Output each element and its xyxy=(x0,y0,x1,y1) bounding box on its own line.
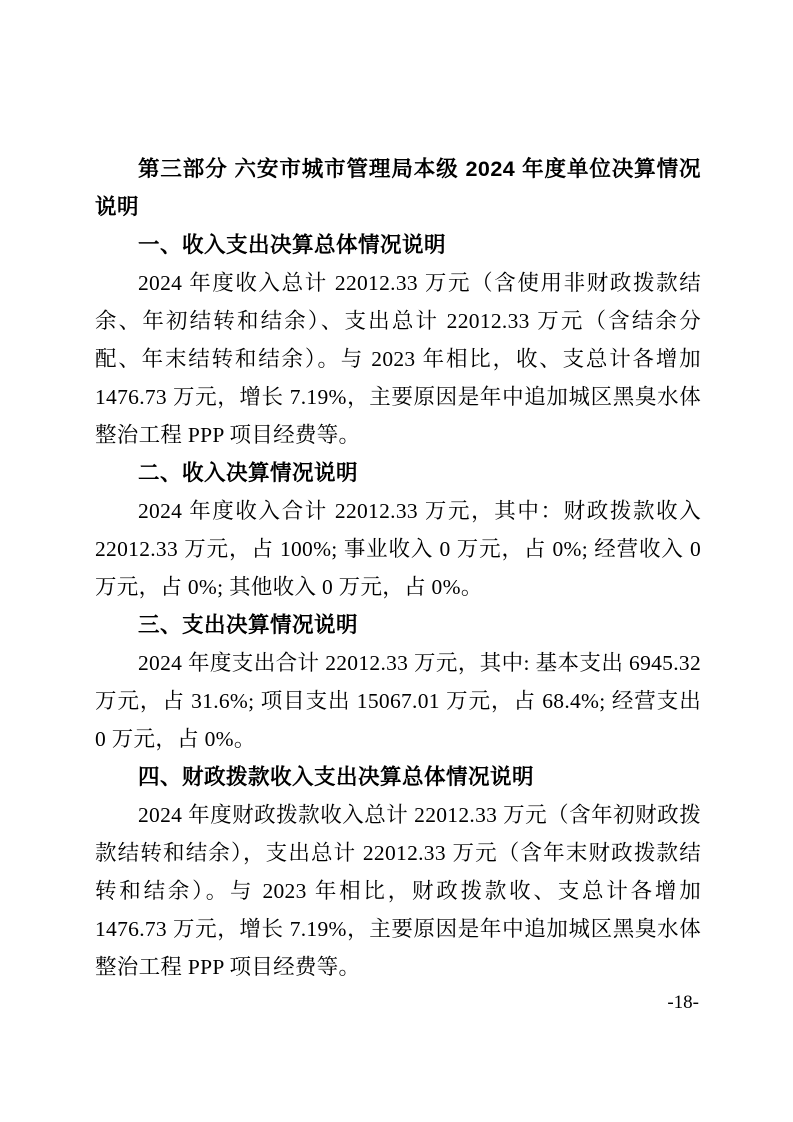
section-income-expenditure-overview: 一、收入支出决算总体情况说明 2024 年度收入总计 22012.33 万元（含… xyxy=(95,226,701,454)
section-2-paragraph: 2024 年度收入合计 22012.33 万元，其中：财政拨款收入 22012.… xyxy=(95,492,701,606)
document-page: 第三部分 六安市城市管理局本级 2024 年度单位决算情况说明 一、收入支出决算… xyxy=(0,0,793,1122)
section-1-heading: 一、收入支出决算总体情况说明 xyxy=(95,226,701,264)
section-4-paragraph: 2024 年度财政拨款收入总计 22012.33 万元（含年初财政拨款结转和结余… xyxy=(95,796,701,986)
section-3-heading: 三、支出决算情况说明 xyxy=(95,606,701,644)
document-title: 第三部分 六安市城市管理局本级 2024 年度单位决算情况说明 xyxy=(95,150,701,226)
section-4-heading: 四、财政拨款收入支出决算总体情况说明 xyxy=(95,758,701,796)
page-number: -18- xyxy=(667,991,699,1015)
section-income-details: 二、收入决算情况说明 2024 年度收入合计 22012.33 万元，其中：财政… xyxy=(95,454,701,606)
section-2-heading: 二、收入决算情况说明 xyxy=(95,454,701,492)
section-1-paragraph: 2024 年度收入总计 22012.33 万元（含使用非财政拨款结余、年初结转和… xyxy=(95,264,701,454)
section-3-paragraph: 2024 年度支出合计 22012.33 万元，其中: 基本支出 6945.32… xyxy=(95,644,701,758)
section-fiscal-appropriation-overview: 四、财政拨款收入支出决算总体情况说明 2024 年度财政拨款收入总计 22012… xyxy=(95,758,701,986)
section-expenditure-details: 三、支出决算情况说明 2024 年度支出合计 22012.33 万元，其中: 基… xyxy=(95,606,701,758)
